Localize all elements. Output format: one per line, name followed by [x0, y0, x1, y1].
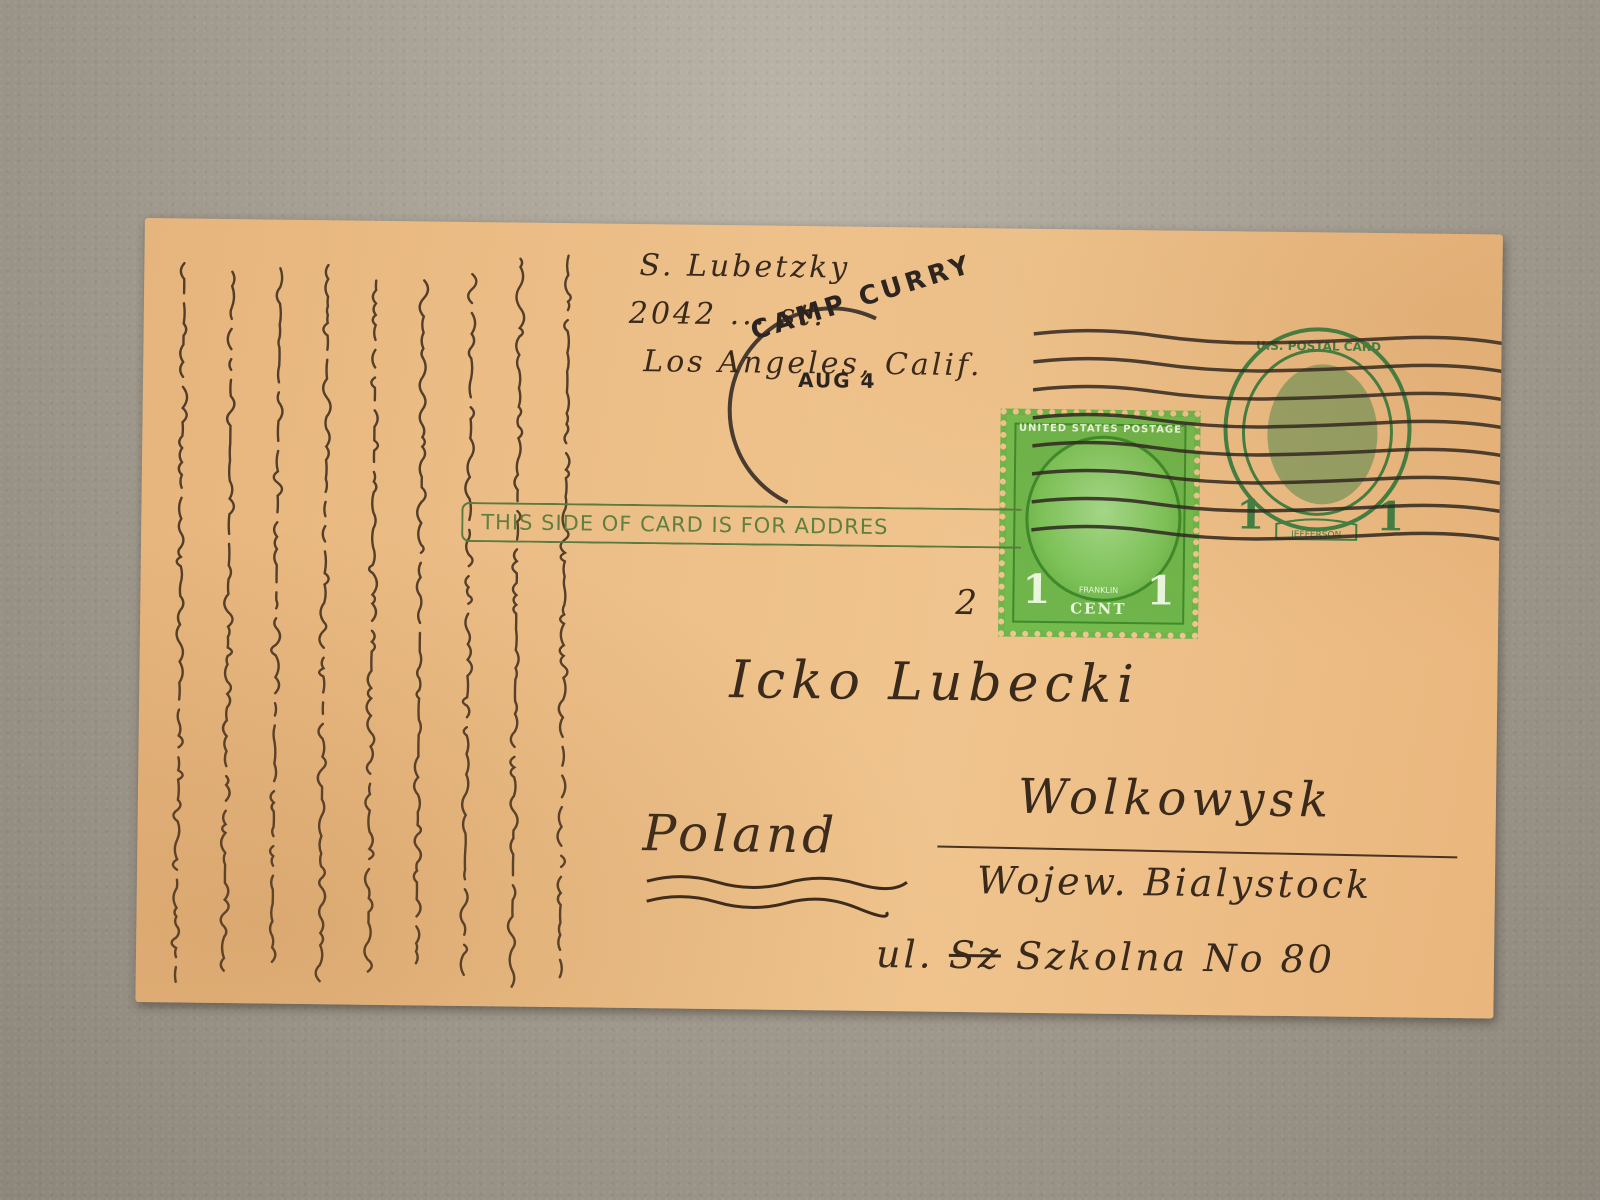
- street-prefix: ul.: [876, 932, 934, 977]
- machine-cancellation: [1031, 324, 1503, 570]
- recipient-name: Icko Lubecki: [729, 650, 1140, 715]
- house-number: No 80: [1203, 936, 1335, 982]
- recipient-region: Wojew. Bialystock: [977, 858, 1373, 907]
- handwritten-mark: 2: [955, 583, 977, 623]
- stamp-unit: CENT: [1004, 599, 1192, 619]
- handwritten-message: [145, 218, 615, 1008]
- postcard: S. Lubetzky 2042 ... st. Los Angeles, Ca…: [135, 218, 1502, 1019]
- country-underline-wavy: [641, 869, 912, 922]
- printed-address-label: THIS SIDE OF CARD IS FOR ADDRES: [461, 502, 1021, 549]
- recipient-country: Poland: [642, 804, 838, 864]
- postmark-date: AUG 4: [798, 368, 877, 393]
- recipient-street-line: ul. Sz Szkolna No 80: [876, 932, 1335, 982]
- recipient-city: Wolkowysk: [1018, 769, 1334, 829]
- underline-rule: [937, 845, 1457, 858]
- street-name: Szkolna: [1016, 934, 1189, 980]
- street-struck-text: Sz: [949, 933, 1002, 978]
